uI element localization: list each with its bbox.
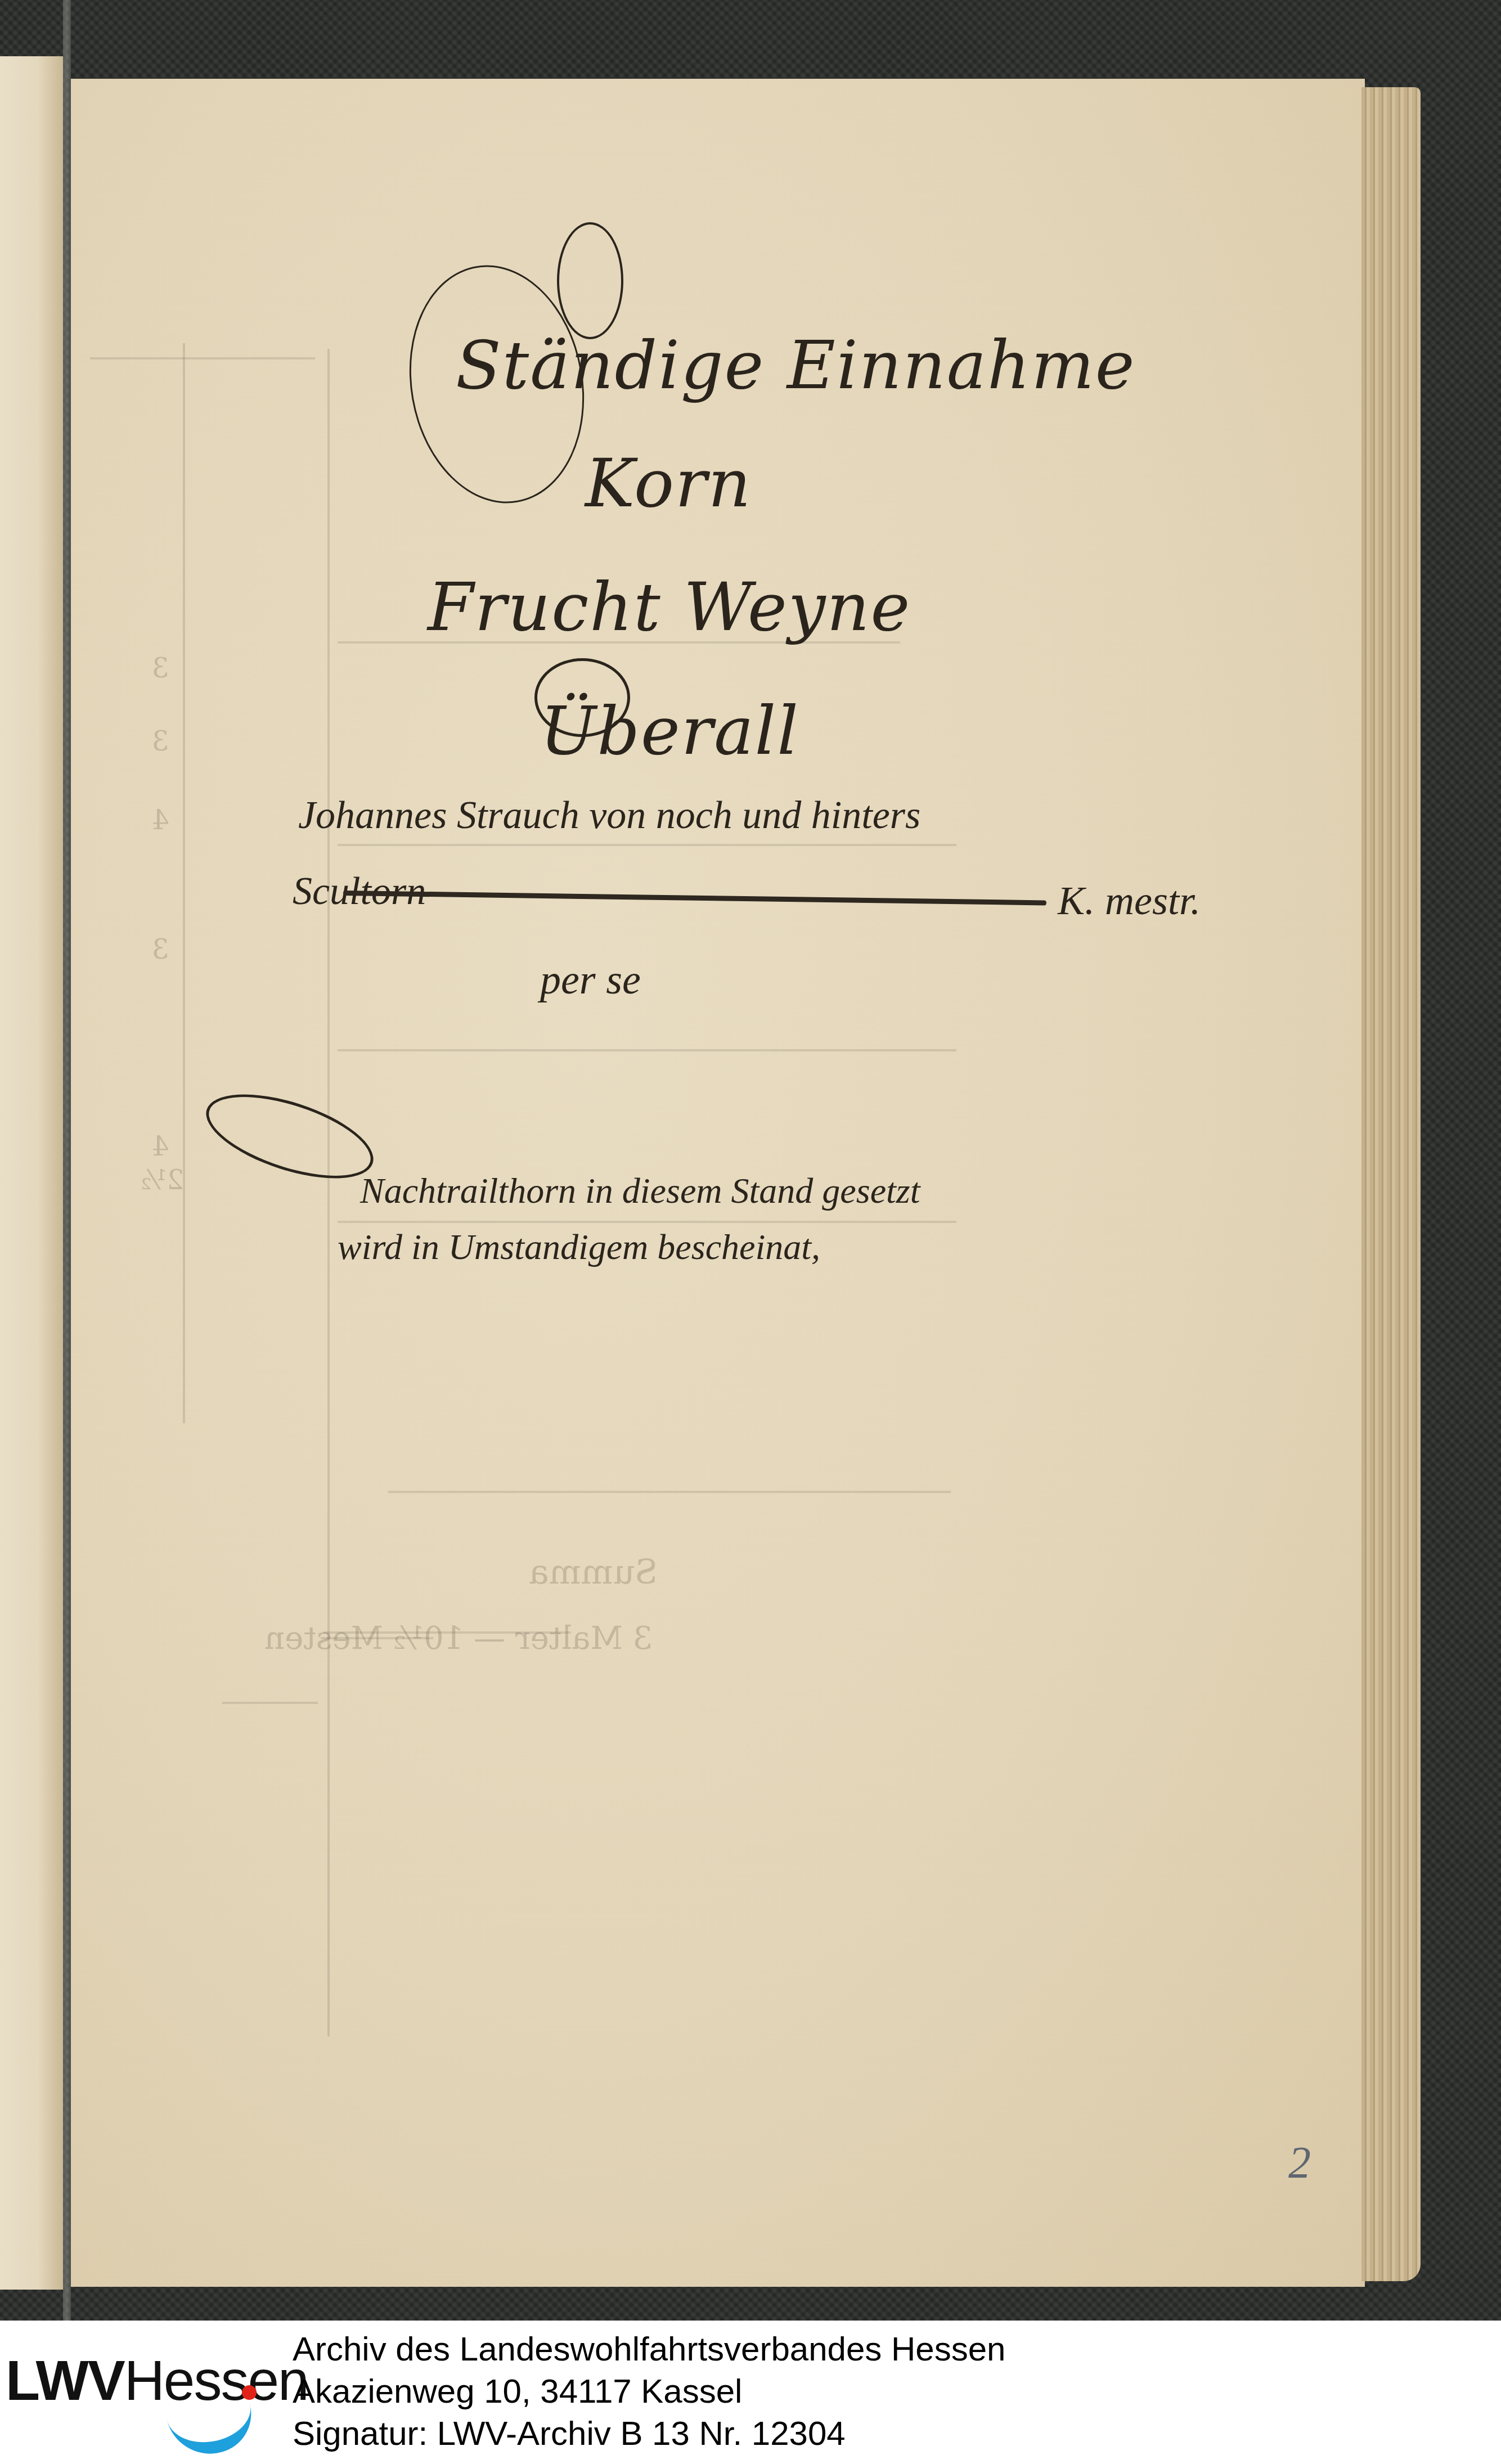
title-line-4: Überall [540, 692, 799, 770]
entry-quantity: K. mestr. [1058, 878, 1201, 924]
bleed-ruling-vertical [327, 349, 330, 2036]
bleed-ruling-horizontal [338, 1049, 956, 1051]
title-line-3: Frucht Weyne [428, 568, 911, 646]
lwv-hessen-logo: LWVHessen [6, 2343, 270, 2456]
bleed-margin-number: 3 [152, 726, 169, 757]
closing-line-1: Nachtrailthorn in diesem Stand gesetzt [360, 1170, 920, 1212]
bleed-summa: Summa [529, 1553, 658, 1592]
title-line-2: Korn [585, 444, 752, 522]
per-se-label: per se [540, 956, 641, 1004]
previous-page-edge [0, 56, 63, 2290]
logo-wordmark: LWVHessen [6, 2349, 308, 2413]
archive-footer: LWVHessen Archiv des Landeswohlfahrtsver… [0, 2321, 1501, 2464]
archive-name: Archiv des Landeswohlfahrtsverbandes Hes… [293, 2332, 1005, 2367]
bleed-margin-number: 3 [152, 934, 169, 965]
title-line-1: Ständige Einnahme [456, 326, 1136, 404]
folio-number: 2 [1288, 2138, 1311, 2189]
bleed-margin-number: 4 [152, 1131, 169, 1162]
bleed-ruling-horizontal [90, 357, 315, 359]
bleed-ruling-horizontal [388, 1491, 951, 1493]
bleed-margin-number: 3 [152, 653, 169, 684]
closing-line-2: wird in Umstandigem bescheinat, [338, 1226, 820, 1268]
title-flourish [557, 222, 623, 339]
entry-line-1: Johannes Strauch von noch und hinters [298, 793, 920, 838]
glass-plate-edge [63, 0, 71, 2321]
bleed-margin-number: 4 [152, 804, 169, 836]
bleed-ruling-vertical [183, 343, 185, 1423]
bleed-ruling-horizontal [222, 1702, 318, 1704]
bleed-ruling-horizontal [338, 1221, 956, 1223]
bleed-margin-number: 2½ [141, 1164, 184, 1196]
bleed-ruling-horizontal [338, 844, 956, 846]
archive-address: Akazienweg 10, 34117 Kassel [293, 2374, 742, 2409]
page-block-edges [1361, 87, 1421, 2281]
bleed-sum-line: 3 Malter — 10½ Mesten [264, 1620, 653, 1657]
archive-signature: Signatur: LWV-Archiv B 13 Nr. 12304 [293, 2416, 846, 2451]
